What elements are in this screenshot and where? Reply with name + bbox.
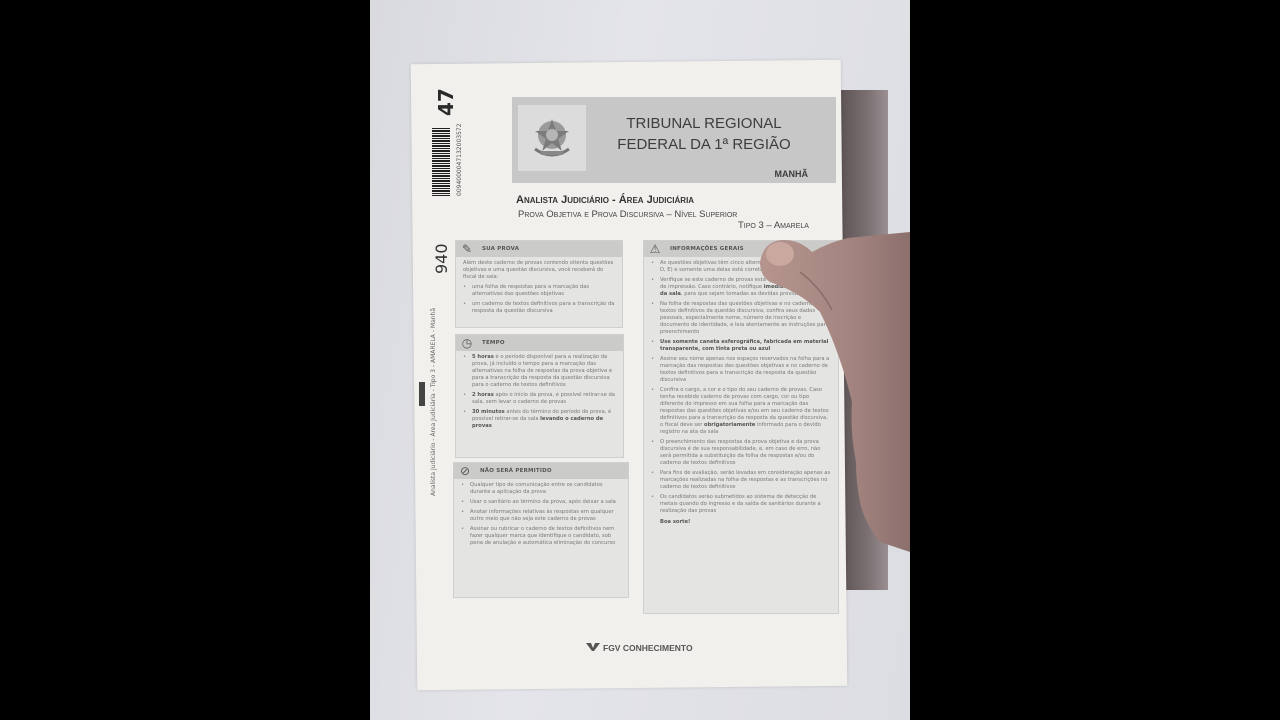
section-title: INFORMAÇÕES GERAIS	[670, 246, 744, 252]
footer-brand-text: FGV CONHECIMENTO	[603, 643, 693, 653]
list-item: 2 horas após o início da prova, é possív…	[463, 392, 616, 406]
barcode-number: 0094000047132003572	[456, 123, 463, 196]
warning-icon: ⚠	[648, 242, 662, 256]
list-item: Usar o sanitário ao término da prova, ap…	[461, 499, 621, 506]
list-item: Assinar ou rubricar o caderno de textos …	[461, 526, 621, 547]
clock-icon: ◷	[460, 336, 474, 350]
list-item: um caderno de textos definitivos para a …	[463, 301, 615, 315]
cargo-title: Analista Judiciário - Área Judiciária	[516, 194, 694, 206]
section-title: TEMPO	[482, 340, 505, 346]
list-item: Qualquer tipo de comunicação entre os ca…	[461, 482, 621, 496]
list-item: 5 horas é o período disponível para a re…	[463, 354, 616, 389]
prova-subtitle: Prova Objetiva e Prova Discursiva – Níve…	[518, 209, 737, 220]
section-tempo: ◷TEMPO 5 horas é o período disponível pa…	[455, 334, 624, 458]
list-item: Anotar informações relativas às resposta…	[461, 509, 621, 523]
header-banner: TRIBUNAL REGIONAL FEDERAL DA 1ª REGIÃO M…	[512, 97, 836, 183]
side-registration-mark	[419, 382, 425, 406]
section-intro: Além deste caderno de provas contendo oi…	[463, 260, 615, 281]
side-caption: Analista Judiciário - Área Judiciária - …	[430, 308, 437, 496]
section-title: NÃO SERÁ PERMITIDO	[480, 468, 552, 474]
tribunal-title: TRIBUNAL REGIONAL FEDERAL DA 1ª REGIÃO	[604, 113, 804, 155]
list-item: uma folha de respostas para a marcação d…	[463, 284, 615, 298]
section-nao-permitido: ⊘NÃO SERÁ PERMITIDO Qualquer tipo de com…	[453, 462, 629, 598]
prohibited-icon: ⊘	[458, 464, 472, 478]
brazil-coat-of-arms-icon	[518, 105, 586, 171]
barcode	[432, 128, 450, 196]
title-line-2: FEDERAL DA 1ª REGIÃO	[604, 134, 804, 155]
exam-code: 940	[432, 243, 451, 274]
period-label: MANHÃ	[775, 169, 809, 179]
section-sua-prova: ✎SUA PROVA Além deste caderno de provas …	[455, 240, 623, 328]
pencil-sheet-icon: ✎	[460, 242, 474, 256]
fgv-logo-icon	[586, 643, 600, 653]
hand	[760, 232, 910, 552]
closing-text: Boa sorte!	[660, 519, 690, 525]
footer-brand: FGV CONHECIMENTO	[586, 643, 693, 653]
section-title: SUA PROVA	[482, 246, 519, 252]
title-line-1: TRIBUNAL REGIONAL	[604, 113, 804, 134]
list-item: 30 minutos antes do término do período d…	[463, 409, 616, 430]
tipo-label: Tipo 3 – Amarela	[738, 220, 809, 231]
